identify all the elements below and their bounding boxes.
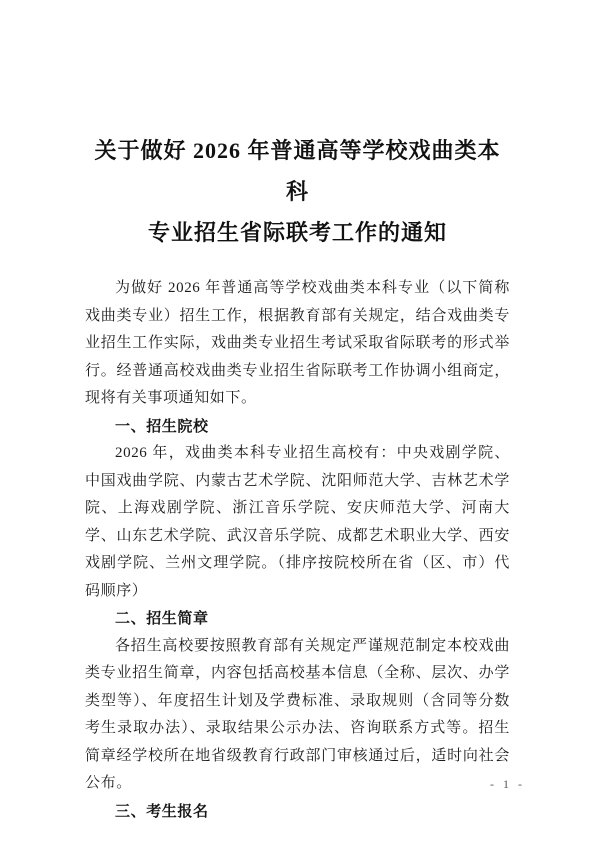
document-page: 关于做好 2026 年普通高等学校戏曲类本科 专业招生省际联考工作的通知 为做好… bbox=[0, 0, 595, 842]
section-heading-admission-brochure: 二、招生简章 bbox=[85, 605, 510, 633]
section-heading-enrolling-colleges: 一、招生院校 bbox=[85, 413, 510, 441]
section-heading-candidate-registration: 三、考生报名 bbox=[85, 798, 510, 826]
page-number: - 1 - bbox=[490, 777, 525, 792]
title-line-2: 专业招生省际联考工作的通知 bbox=[85, 212, 510, 253]
paragraph-intro: 为做好 2026 年普通高等学校戏曲类本科专业（以下简称戏曲类专业）招生工作，根… bbox=[85, 275, 510, 413]
document-title: 关于做好 2026 年普通高等学校戏曲类本科 专业招生省际联考工作的通知 bbox=[85, 130, 510, 253]
paragraph-admission-brochure: 各招生高校要按照教育部有关规定严谨规范制定本校戏曲类专业招生简章，内容包括高校基… bbox=[85, 633, 510, 798]
title-line-1: 关于做好 2026 年普通高等学校戏曲类本科 bbox=[85, 130, 510, 212]
paragraph-enrolling-colleges: 2026 年，戏曲类本科专业招生高校有：中央戏剧学院、中国戏曲学院、内蒙古艺术学… bbox=[85, 440, 510, 605]
